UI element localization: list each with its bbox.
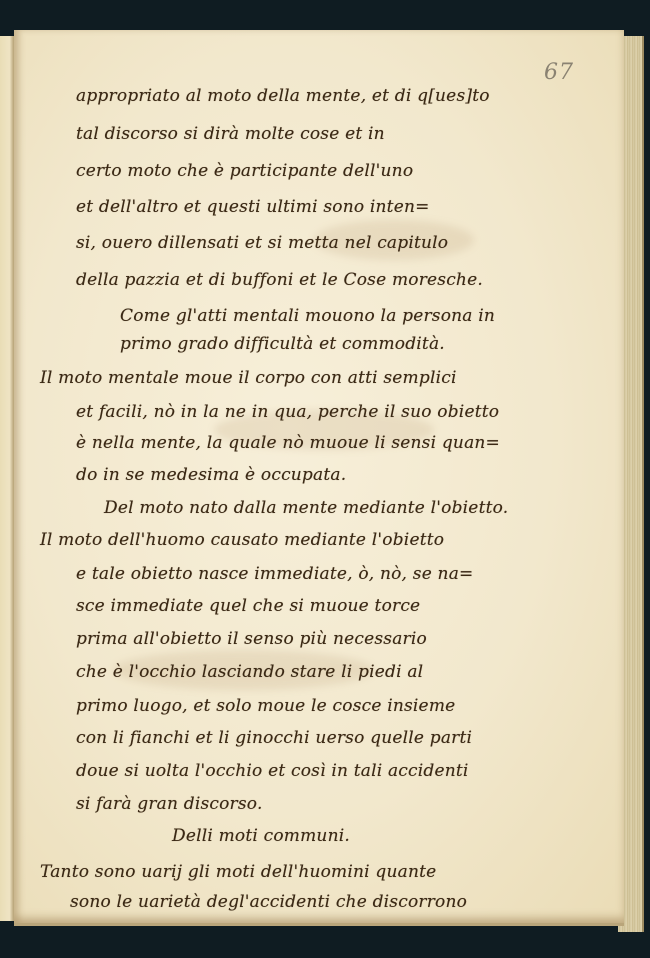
- text-line: doue si uolta l'occhio et così in tali a…: [76, 761, 469, 781]
- text-line: primo luogo, et solo moue le cosce insie…: [76, 696, 455, 716]
- text-line: si, ouero dillensati et si metta nel cap…: [76, 233, 448, 253]
- text-line: Il moto dell'huomo causato mediante l'ob…: [40, 530, 444, 550]
- text-line: della pazzia et di buffoni et le Cose mo…: [76, 270, 483, 290]
- text-line: e tale obietto nasce immediate, ò, nò, s…: [76, 564, 474, 584]
- text-line: prima all'obietto il senso più necessari…: [76, 629, 427, 649]
- section-heading: Del moto nato dalla mente mediante l'obi…: [104, 498, 508, 518]
- text-line: che è l'occhio lasciando stare li piedi …: [76, 662, 423, 682]
- text-line: con li fianchi et li ginocchi uerso quel…: [76, 728, 472, 748]
- text-line: do in se medesima è occupata.: [76, 465, 346, 485]
- text-line: si farà gran discorso.: [76, 794, 263, 814]
- section-heading: primo grado difficultà et commodità.: [120, 334, 445, 354]
- section-heading: Delli moti communi.: [172, 826, 350, 846]
- text-line: sce immediate quel che si muoue torce: [76, 596, 420, 616]
- section-heading: Come gl'atti mentali mouono la persona i…: [120, 306, 495, 326]
- text-line: Tanto sono uarij gli moti dell'huomini q…: [40, 862, 436, 882]
- text-line: Il moto mentale moue il corpo con atti s…: [40, 368, 457, 388]
- text-line: tal discorso si dirà molte cose et in: [76, 124, 385, 144]
- text-line: et facili, nò in la ne in qua, perche il…: [76, 402, 499, 422]
- folio-number: 67: [544, 60, 574, 85]
- text-line: sono le uarietà degl'accidenti che disco…: [70, 892, 467, 912]
- text-line: et dell'altro et questi ultimi sono inte…: [76, 197, 430, 217]
- text-line: è nella mente, la quale nò muoue li sens…: [76, 433, 500, 453]
- text-line: certo moto che è participante dell'uno: [76, 161, 413, 181]
- manuscript-page: 67 appropriato al moto della mente, et d…: [14, 30, 624, 926]
- text-line: appropriato al moto della mente, et di q…: [76, 86, 490, 106]
